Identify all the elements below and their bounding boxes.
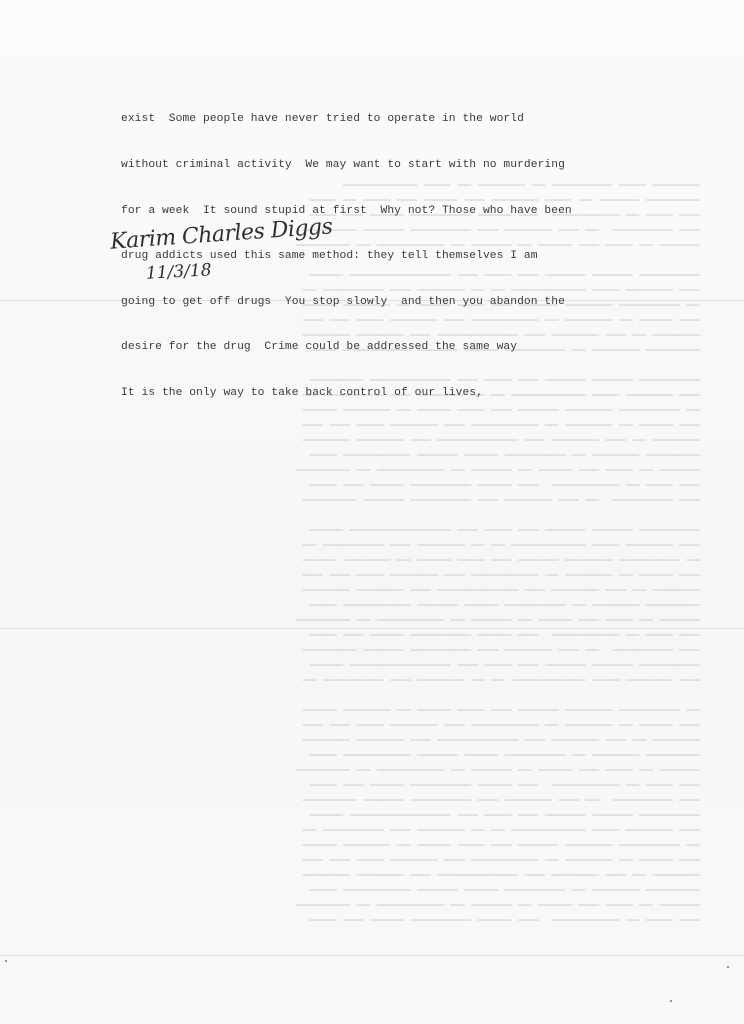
document-page: ━━━━━━━ ━━━━ ━━━━━━━━━ ━━ ━━━━━━━ ━━ ━━━… xyxy=(0,0,744,1024)
letter-body: exist Some people have never tried to op… xyxy=(121,82,721,432)
handwritten-date: 11/3/18 xyxy=(146,260,213,283)
text-line: for a week It sound stupid at first Why … xyxy=(121,204,721,219)
text-line: without criminal activity We may want to… xyxy=(121,158,721,173)
text-line: going to get off drugs You stop slowly a… xyxy=(121,295,721,310)
text-line: exist Some people have never tried to op… xyxy=(121,112,721,127)
text-line: It is the only way to take back control … xyxy=(121,386,721,401)
paper-speck xyxy=(727,966,729,968)
paper-speck xyxy=(670,1000,672,1002)
text-line: desire for the drug Crime could be addre… xyxy=(121,340,721,355)
paper-speck xyxy=(5,960,7,962)
paper-fold-line xyxy=(0,955,744,956)
